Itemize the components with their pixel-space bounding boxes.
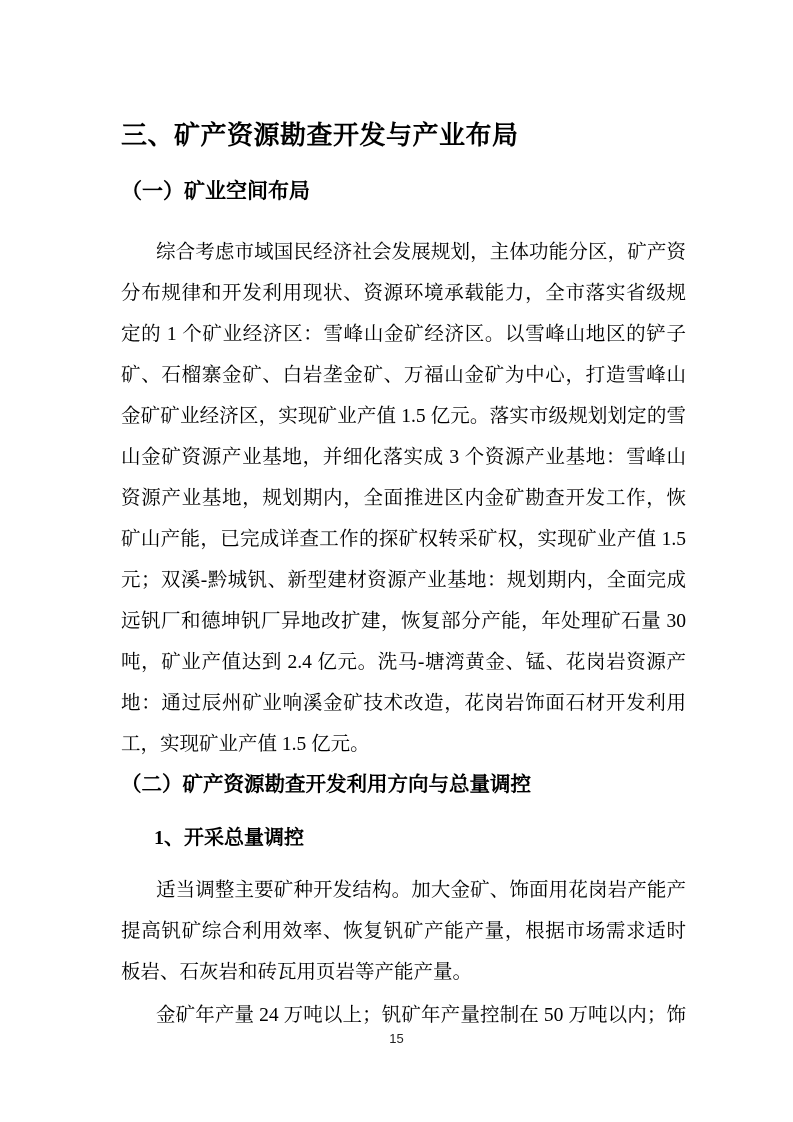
paragraph-line: 适当调整主要矿种开发结构。加大金矿、饰面用花岗岩产能产量， — [121, 870, 686, 911]
section-heading-2: （二）矿产资源勘查开发利用方向与总量调控 — [121, 770, 686, 800]
paragraph-line: 资源产业基地，规划期内，全面推进区内金矿勘查开发工作，恢复金 — [121, 478, 686, 519]
paragraph-line: 地：通过辰州矿业响溪金矿技术改造，花岗岩饰面石材开发利用及加 — [121, 683, 686, 724]
subsection-heading-1: 1、开采总量调控 — [121, 823, 686, 853]
paragraph-line: 金矿年产量 24 万吨以上；钒矿年产量控制在 50 万吨以内；饰面 — [121, 995, 686, 1036]
paragraph-line: 金矿矿业经济区，实现矿业产值 1.5 亿元。落实市级规划划定的雪峰 — [121, 396, 686, 437]
page-number: 15 — [0, 1031, 793, 1046]
doc-title-heading: 三、矿产资源勘查开发与产业布局 — [121, 120, 686, 152]
paragraph-line: 提高钒矿综合利用效率、恢复钒矿产能产量，根据市场需求适时调整 — [121, 911, 686, 952]
paragraph-line: 吨，矿业产值达到 2.4 亿元。洗马-塘湾黄金、锰、花岗岩资源产业基 — [121, 642, 686, 683]
paragraph-line: 矿山产能，已完成详查工作的探矿权转采矿权，实现矿业产值 1.5 亿 — [121, 519, 686, 560]
paragraph-line: 分布规律和开发利用现状、资源环境承载能力，全市落实省级规划划 — [121, 273, 686, 314]
paragraph-annual-output: 金矿年产量 24 万吨以上；钒矿年产量控制在 50 万吨以内；饰面 — [121, 995, 686, 1036]
paragraph-line: 山金矿资源产业基地，并细化落实成 3 个资源产业基地：雪峰山金矿 — [121, 437, 686, 478]
paragraph-line: 矿、石榴寨金矿、白岩垄金矿、万福山金矿为中心，打造雪峰山地区 — [121, 355, 686, 396]
document-page: 三、矿产资源勘查开发与产业布局 （一）矿业空间布局 综合考虑市域国民经济社会发展… — [0, 0, 793, 1122]
paragraph-line: 元；双溪-黔城钒、新型建材资源产业基地：规划期内，全面完成振 — [121, 560, 686, 601]
paragraph-line: 远钒厂和德坤钒厂异地改扩建，恢复部分产能，年处理矿石量 30 万 — [121, 601, 686, 642]
section-heading-1: （一）矿业空间布局 — [121, 176, 686, 206]
paragraph-extraction-structure: 适当调整主要矿种开发结构。加大金矿、饰面用花岗岩产能产量， 提高钒矿综合利用效率… — [121, 870, 686, 993]
paragraph-line: 板岩、石灰岩和砖瓦用页岩等产能产量。 — [121, 952, 686, 993]
paragraph-mining-spatial-layout: 综合考虑市域国民经济社会发展规划，主体功能分区，矿产资源 分布规律和开发利用现状… — [121, 232, 686, 765]
paragraph-line: 工，实现矿业产值 1.5 亿元。 — [121, 724, 686, 765]
paragraph-line: 综合考虑市域国民经济社会发展规划，主体功能分区，矿产资源 — [121, 232, 686, 273]
paragraph-line: 定的 1 个矿业经济区：雪峰山金矿经济区。以雪峰山地区的铲子坪金 — [121, 314, 686, 355]
